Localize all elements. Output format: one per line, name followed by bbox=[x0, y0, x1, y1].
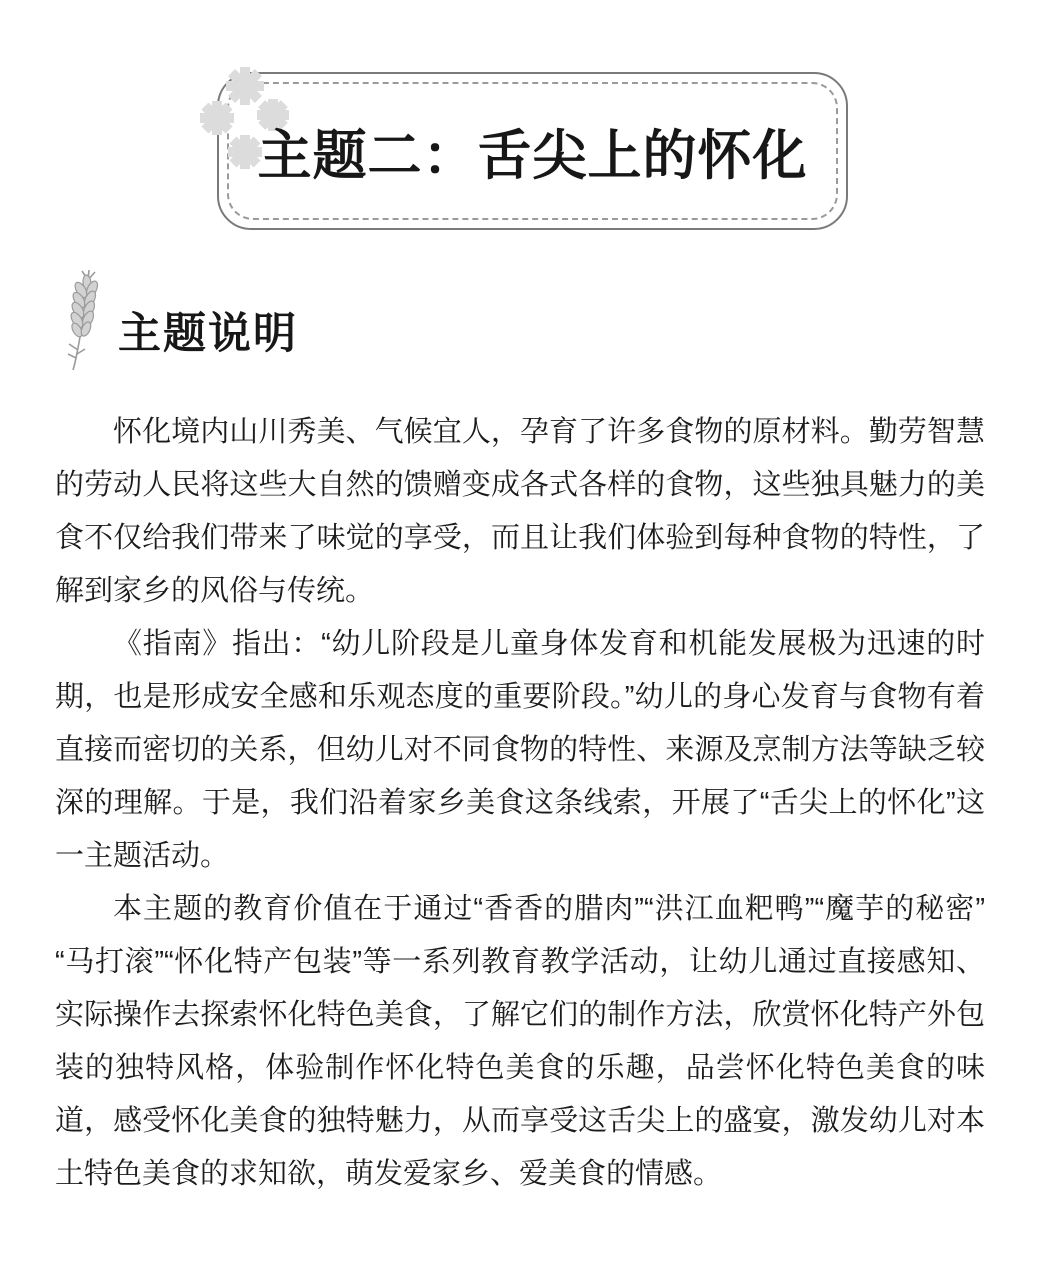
section-heading: 主题说明 bbox=[60, 270, 298, 372]
title-banner: 主题二：舌尖上的怀化 bbox=[217, 72, 848, 230]
body-text: 怀化境内山川秀美、气候宜人，孕育了许多食物的原材料。勤劳智慧的劳动人民将这些大自… bbox=[55, 406, 985, 1201]
paragraph-2: 《指南》指出：“幼儿阶段是儿童身体发育和机能发展极为迅速的时期，也是形成安全感和… bbox=[55, 618, 985, 883]
book-page: 主题二：舌尖上的怀化 bbox=[0, 0, 1039, 1283]
paragraph-3: 本主题的教育价值在于通过“香香的腊肉”“洪江血粑鸭”“魔芋的秘密”“马打滚”“怀… bbox=[55, 883, 985, 1201]
wheat-ear-icon bbox=[60, 270, 108, 372]
section-title: 主题说明 bbox=[118, 300, 298, 361]
paragraph-1: 怀化境内山川秀美、气候宜人，孕育了许多食物的原材料。勤劳智慧的劳动人民将这些大自… bbox=[55, 406, 985, 618]
page-title: 主题二：舌尖上的怀化 bbox=[219, 74, 846, 228]
